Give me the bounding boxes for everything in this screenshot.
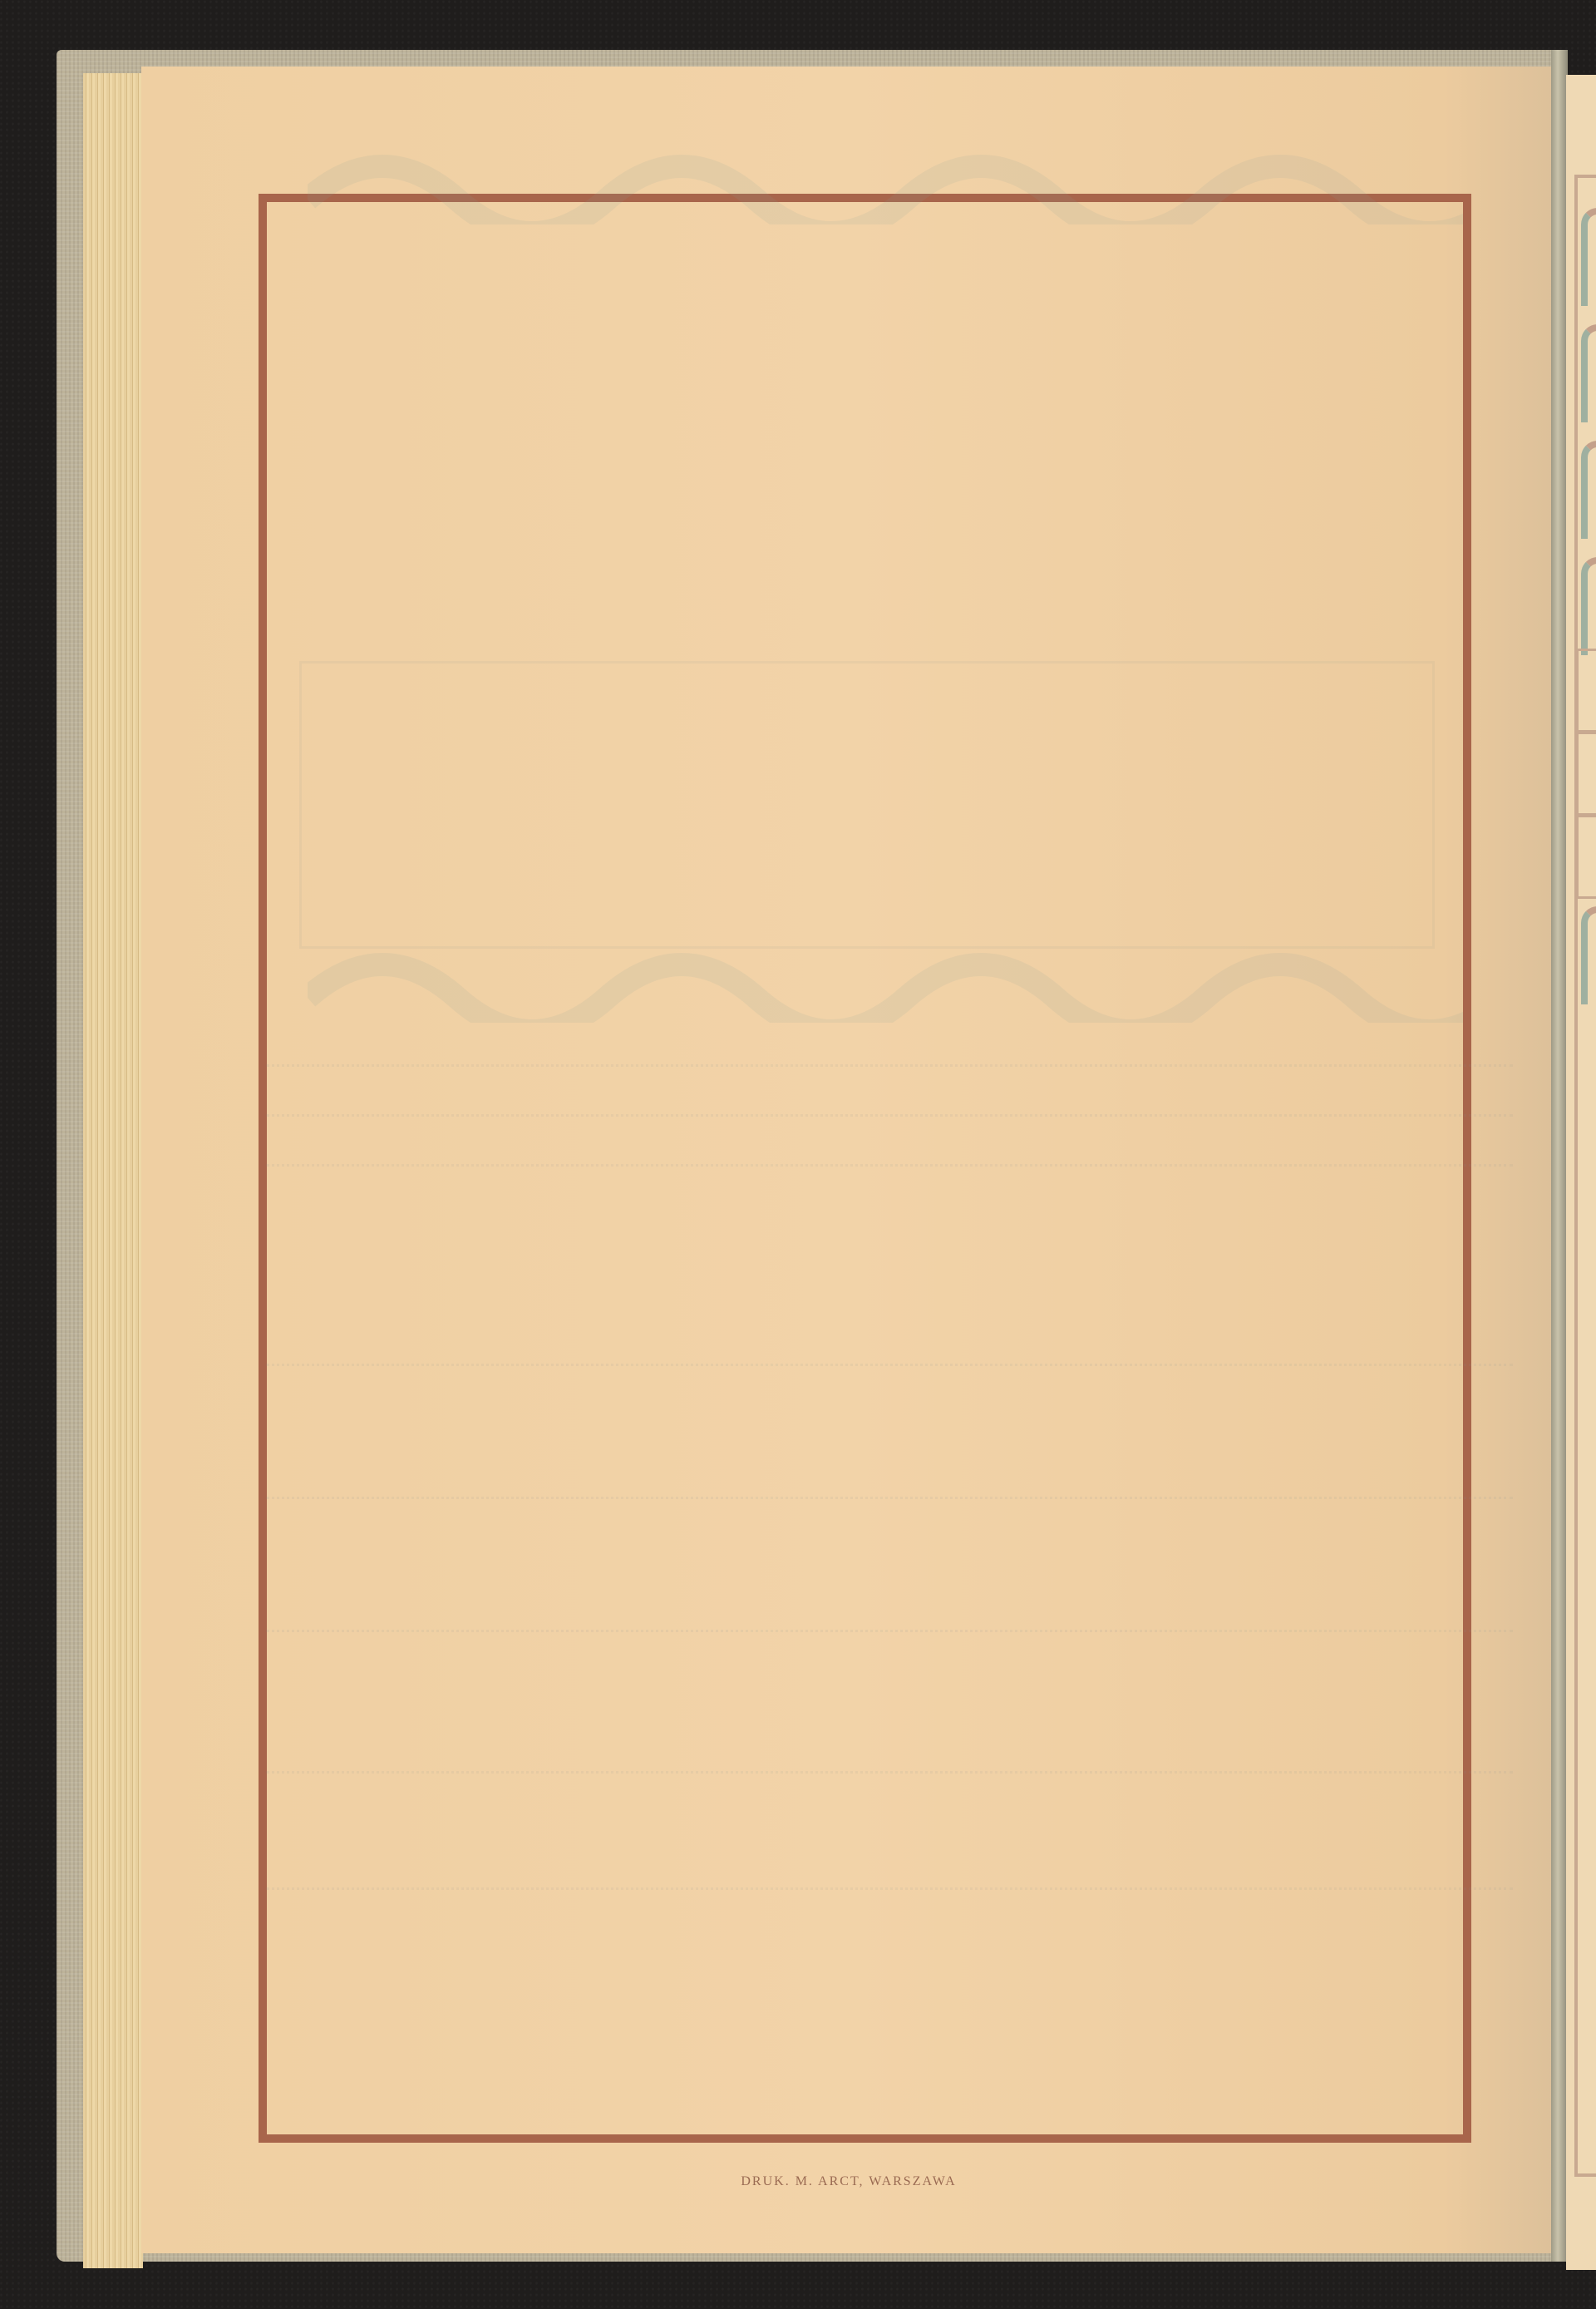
page-edges bbox=[83, 73, 143, 2268]
book-gutter bbox=[1551, 50, 1568, 2262]
adjacent-ornament bbox=[1581, 324, 1596, 422]
book-page: DRUK. M. ARCT, WARSZAWA bbox=[141, 67, 1556, 2253]
bleed-through-handwriting bbox=[266, 1721, 1513, 1774]
bleed-through-handwriting bbox=[266, 1064, 1513, 1117]
adjacent-table-cell bbox=[1576, 732, 1596, 816]
bleed-through-handwriting bbox=[266, 1114, 1513, 1167]
bleed-through-handwriting bbox=[266, 1580, 1513, 1632]
adjacent-ornament bbox=[1581, 906, 1596, 1004]
printer-imprint: DRUK. M. ARCT, WARSZAWA bbox=[141, 2174, 1556, 2189]
bleed-through-handwriting bbox=[266, 1014, 1513, 1067]
adjacent-table-cell bbox=[1576, 815, 1596, 899]
adjacent-ornament bbox=[1581, 441, 1596, 539]
adjacent-ornament bbox=[1581, 557, 1596, 655]
bleed-through-handwriting bbox=[266, 1447, 1513, 1499]
bleed-through-ornament-top bbox=[308, 133, 1463, 224]
adjacent-table-cell bbox=[1576, 649, 1596, 733]
adjacent-page-edge bbox=[1566, 75, 1596, 2270]
bleed-through-table bbox=[299, 661, 1435, 949]
adjacent-ornament bbox=[1581, 208, 1596, 306]
bleed-through-handwriting bbox=[266, 1838, 1513, 1890]
bleed-through-handwriting bbox=[266, 1314, 1513, 1366]
bleed-through-ornament-bottom bbox=[308, 931, 1463, 1023]
